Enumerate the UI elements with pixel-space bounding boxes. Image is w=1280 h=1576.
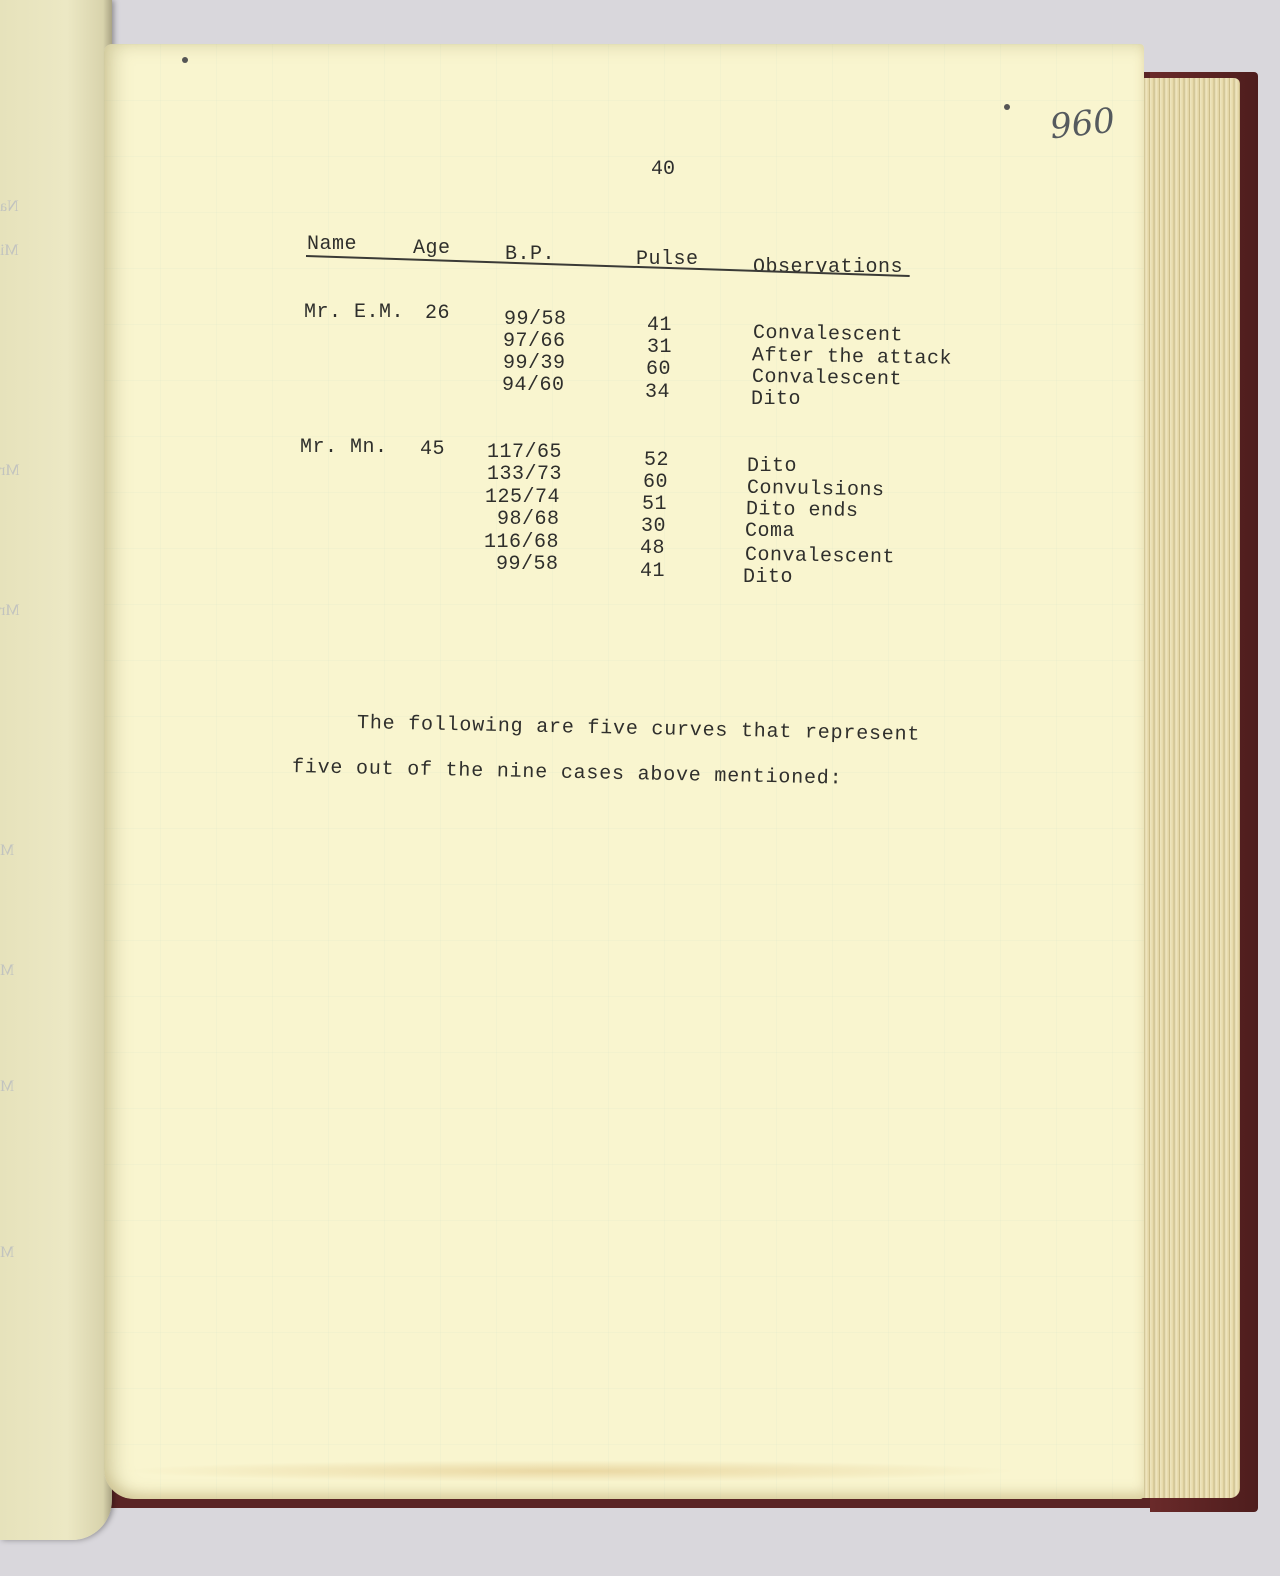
bp-value: 99/58 <box>504 308 567 331</box>
handwritten-folio-number: 960 <box>1048 101 1117 148</box>
pulse-value: 60 <box>643 471 668 494</box>
left-page-ghost-text: M <box>0 962 14 980</box>
left-page-ghost-text: Na <box>0 198 19 216</box>
bp-value: 94/60 <box>502 374 565 397</box>
observation-text: Coma <box>745 520 795 543</box>
left-page-ghost-text: M <box>0 1078 14 1096</box>
left-page-ghost-text: M <box>0 842 14 860</box>
page-edges <box>1130 78 1240 1498</box>
punch-hole-mark <box>1004 104 1010 110</box>
page-number: 40 <box>651 158 675 181</box>
bp-value: 116/68 <box>484 531 559 554</box>
bp-value: 99/39 <box>503 352 566 375</box>
left-page-ghost-text: Mr <box>0 462 20 480</box>
patient-name: Mr. E.M. <box>304 301 404 324</box>
observation-text: Dito <box>747 455 797 478</box>
left-page: Na Mi Mr Mr M M M M <box>0 0 112 1540</box>
pulse-value: 30 <box>641 515 666 538</box>
left-page-ghost-text: M <box>0 1244 14 1262</box>
patient-age: 26 <box>425 302 450 325</box>
pulse-value: 48 <box>640 537 665 560</box>
bp-value: 133/73 <box>487 463 562 486</box>
pulse-value: 60 <box>646 358 671 381</box>
bp-value: 125/74 <box>485 486 560 509</box>
observation-text: Dito <box>743 566 793 589</box>
bp-value: 97/66 <box>503 330 566 353</box>
pulse-value: 31 <box>647 336 672 359</box>
observation-text: Convalescent <box>753 322 903 348</box>
pulse-value: 52 <box>644 449 669 472</box>
patient-age: 45 <box>420 438 445 461</box>
left-page-ghost-text: Mr <box>0 602 20 620</box>
left-page-ghost-text: Mi <box>0 242 19 260</box>
pulse-value: 51 <box>642 493 667 516</box>
pulse-value: 41 <box>640 560 665 583</box>
page-stain <box>120 1460 1020 1482</box>
punch-hole-mark <box>182 57 188 63</box>
observation-text: Dito <box>751 388 801 411</box>
pulse-value: 34 <box>645 381 670 404</box>
patient-name: Mr. Mn. <box>300 436 388 459</box>
bp-value: 99/58 <box>496 553 559 576</box>
column-header-name: Name <box>307 233 357 256</box>
bp-value: 117/65 <box>487 441 562 464</box>
pulse-value: 41 <box>647 314 672 337</box>
bp-value: 98/68 <box>497 508 560 531</box>
column-header-age: Age <box>413 237 451 260</box>
